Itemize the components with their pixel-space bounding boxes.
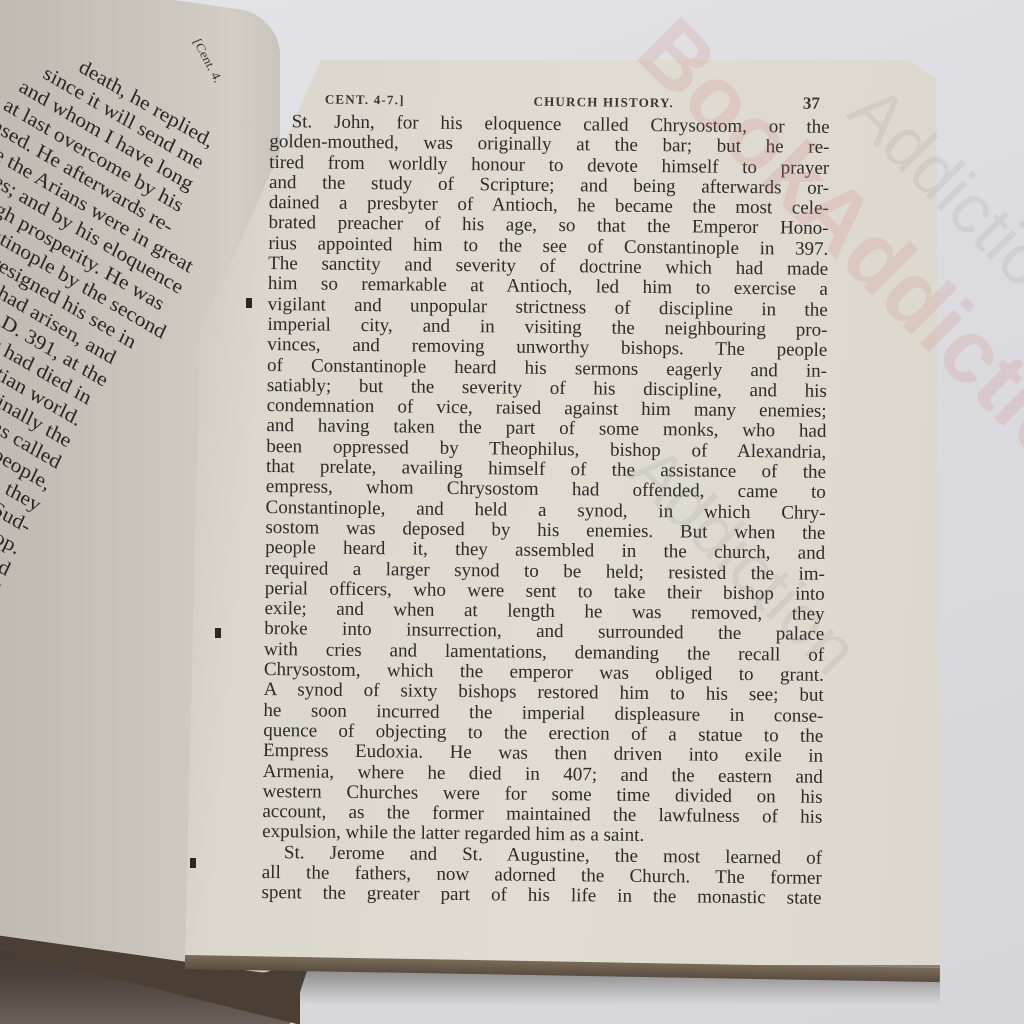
- left-page-text: death, he replied,since it will send mea…: [0, 0, 218, 967]
- gutter-stitch: [246, 298, 252, 308]
- gutter-stitch: [215, 628, 221, 638]
- right-page-content: CENT. 4-7.] CHURCH HISTORY. 37 St. John,…: [261, 88, 830, 909]
- running-head-title: CHURCH HISTORY.: [533, 94, 674, 111]
- running-head-section: CENT. 4-7.]: [325, 92, 405, 109]
- body-text: St. John, for his eloquence called Chrys…: [261, 112, 829, 909]
- gutter-stitch: [190, 858, 196, 868]
- left-running-head: [Cent. 4.: [189, 37, 225, 85]
- page-number: 37: [803, 94, 820, 114]
